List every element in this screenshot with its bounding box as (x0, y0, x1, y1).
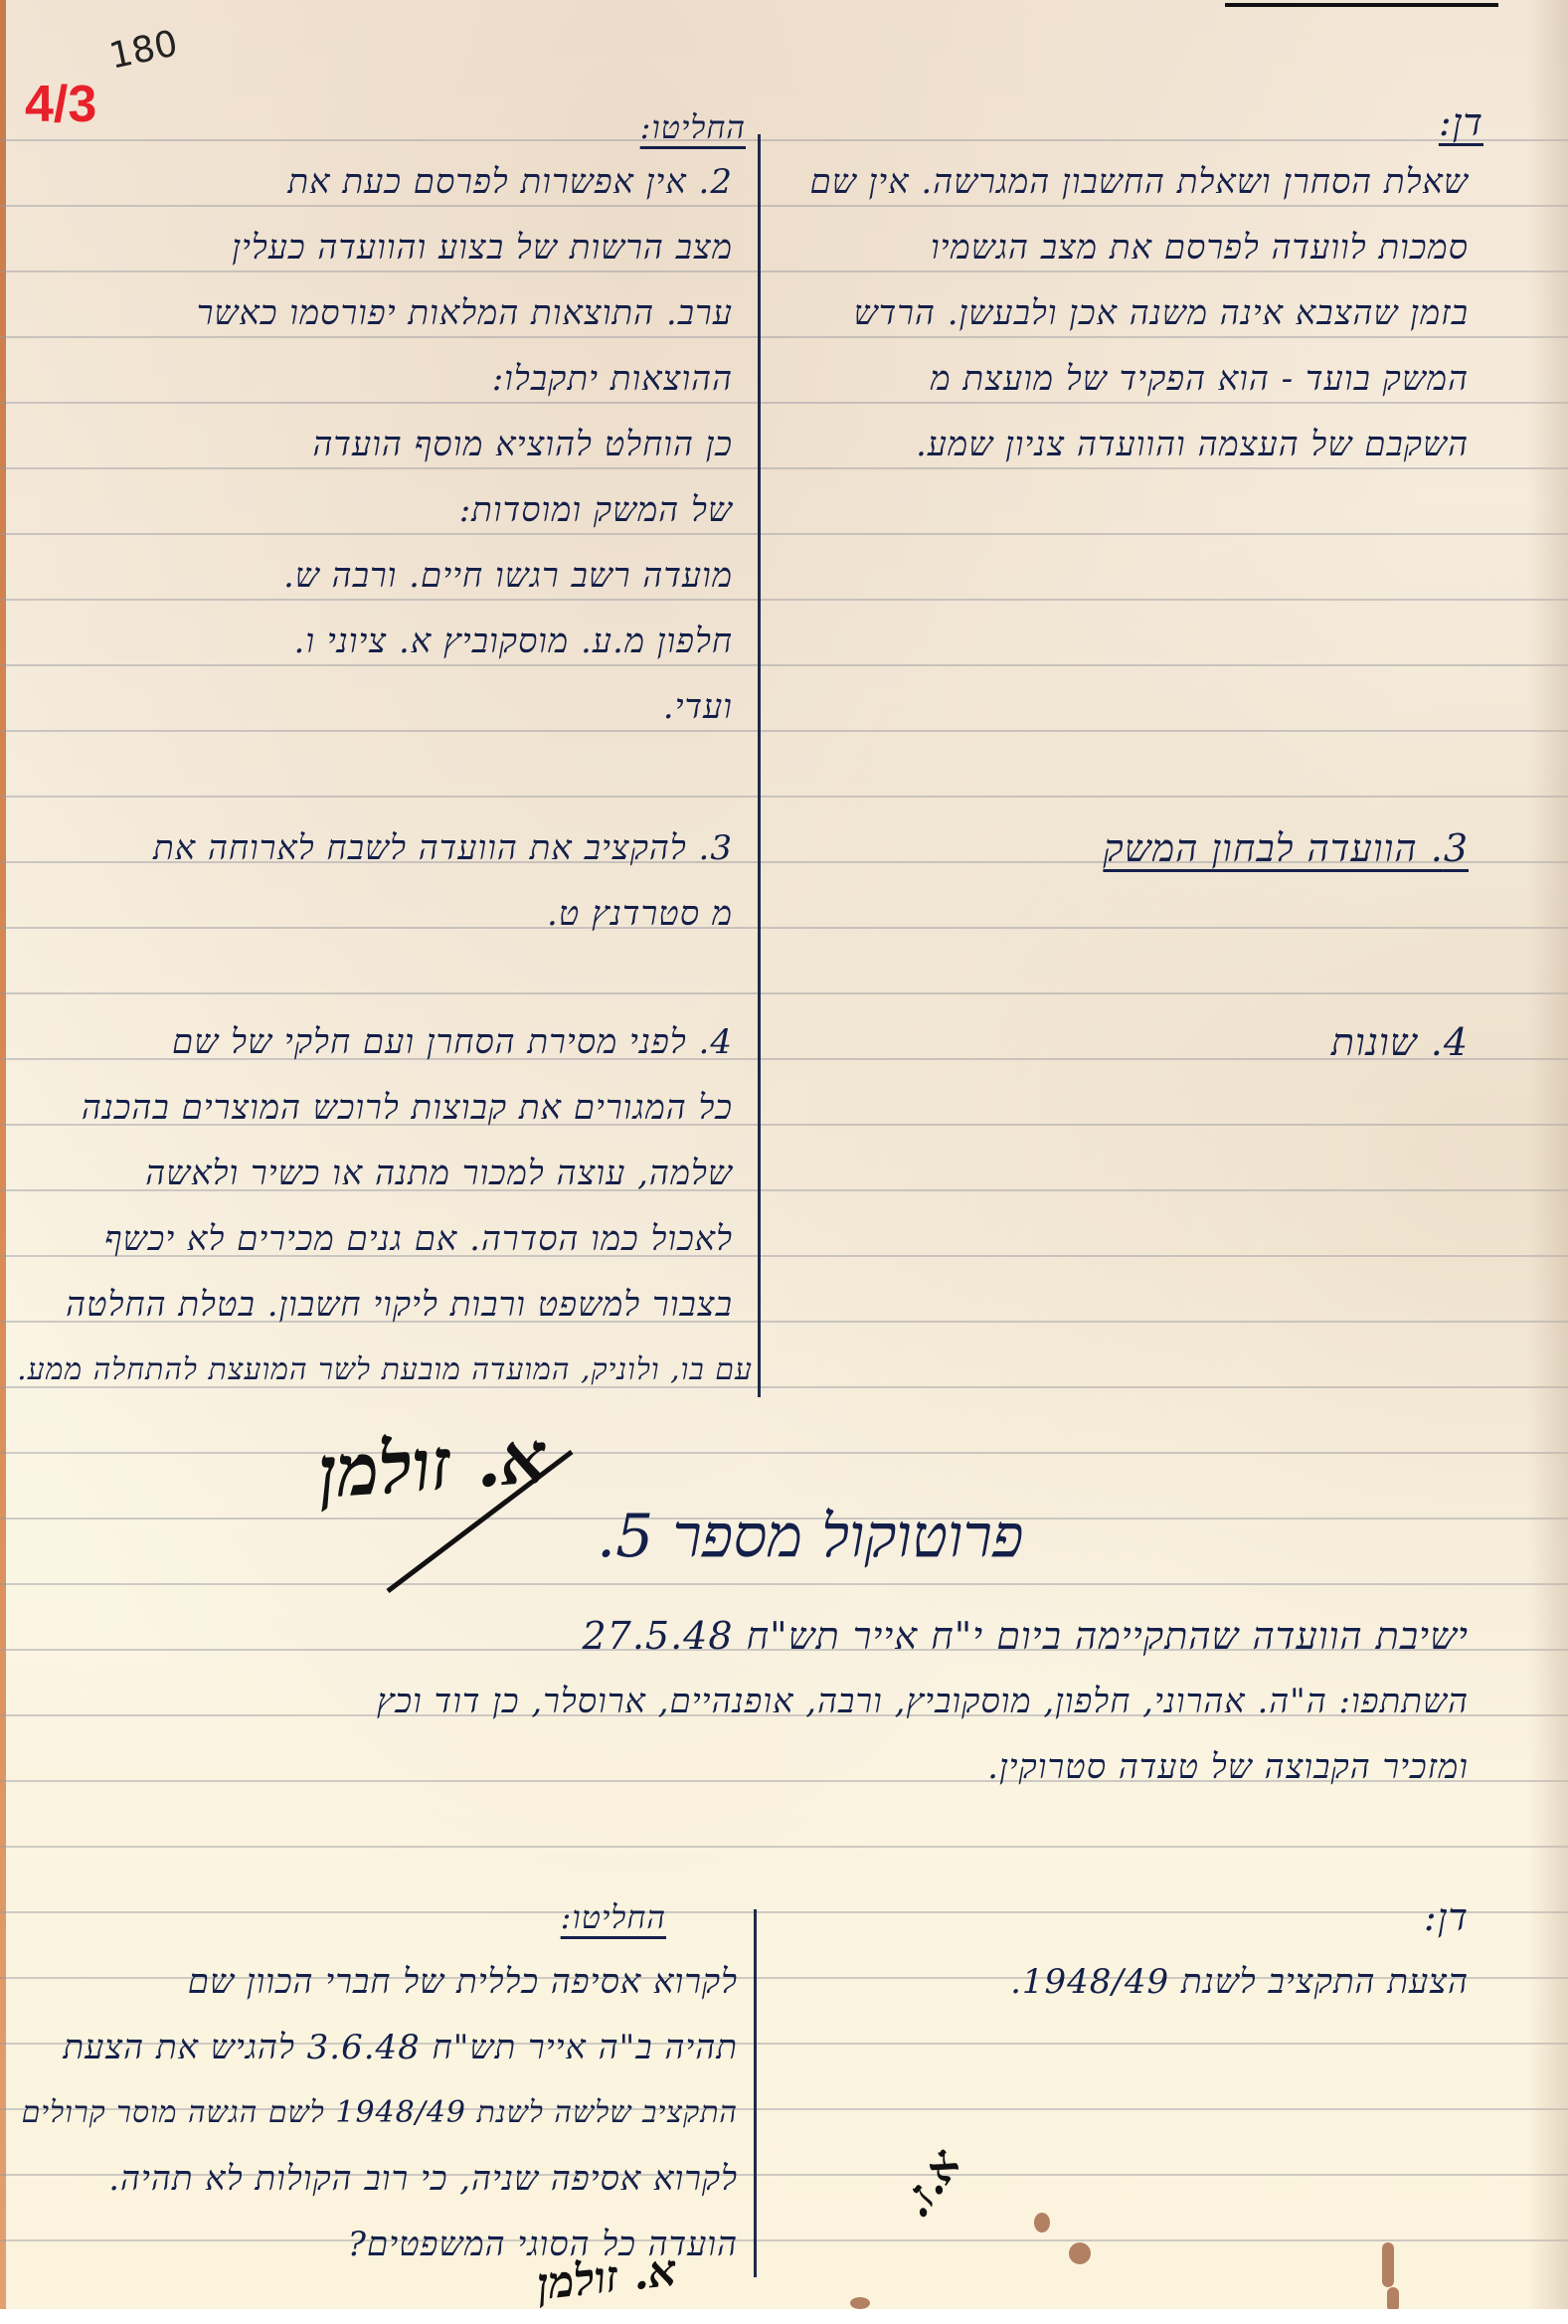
ink-stain (1034, 2213, 1050, 2233)
ink-stain (1069, 2242, 1091, 2264)
ink-stain (1387, 2287, 1399, 2309)
text-line: מצב הרשות של בצוע והוועדה כעלין (57, 215, 733, 280)
ruled-line (0, 1846, 1568, 1848)
text-line: 3. להקציב את הוועדה לשבח לארוחה את (57, 815, 733, 881)
text-line: בצבור למשפט ורבות ליקוי חשבון. בטלת החלט… (57, 1272, 733, 1338)
bottom-right-header: דן: (1319, 1884, 1469, 1950)
right-item-4: 4. שונות (1071, 1009, 1469, 1075)
text-line: מועדה רשב רגשו חיים. ורבה ש. (57, 543, 733, 609)
text-line: מ סטרדנץ ט. (57, 881, 733, 947)
text-line: 2. אין אפשרות לפרסם כעת את (57, 149, 733, 215)
page-number: 180 (105, 23, 181, 77)
text-line: לקרוא אסיפה שניה, כי רוב הקולות לא תהיה. (22, 2146, 738, 2212)
protocol-title: פרוטוקול מספר 5. (597, 1502, 1023, 1571)
text-line: של המשק ומוסדות: (57, 477, 733, 543)
column-divider (754, 1909, 757, 2277)
notebook-page: 4/3 180 דן: שאלת הסחרן ושאלת החשבון המגר… (0, 0, 1568, 2309)
ruled-line (0, 992, 1568, 994)
top-underline (1225, 3, 1498, 7)
text-line: לאכול כמו הסדרה. אם גנים מכירים לא יכשף (57, 1206, 733, 1272)
meeting-line: ישיבת הוועדה שהתקיימה ביום י"ח אייר תש"ח… (275, 1603, 1469, 1669)
text-line: 4. לפני מסירת הסחרן ועם חלקי של שם (57, 1009, 733, 1075)
text-line: לקרוא אסיפה כללית של חברי הכוון שם (22, 1949, 738, 2015)
ruled-line (0, 1452, 1568, 1454)
text-line: התקציב שלשה לשנת 1948/49 לשם הגשה מוסר ק… (22, 2080, 738, 2146)
text-line: בזמן שהצבא אינה משנה אכן ולבעשן. הרדש (753, 280, 1469, 346)
text-line: עם בו, ולוניק, המועדה מובעת לשר המועצת ל… (0, 1338, 753, 1403)
budget-item: הצעת התקציב לשנת 1948/49. (852, 1949, 1469, 2015)
ruled-line (0, 796, 1568, 798)
text-line: המשק בועד - הוא הפקיד של מועצת מ (753, 346, 1469, 412)
secretary-line: ומזכיר הקבוצה של טעדה סטרוקין. (574, 1734, 1469, 1800)
right-column-header: דן: (1314, 89, 1483, 155)
text-line: ערב. התוצאות המלאות יפורסמו כאשר (57, 280, 733, 346)
initials-mark: א.ז. (889, 2140, 971, 2228)
ink-stain (850, 2297, 870, 2309)
page-label: 4/3 (25, 75, 96, 134)
signature-slash-icon (378, 1447, 577, 1596)
text-line: חלפון מ.ע. מוסקוביץ א. ציוני ו. (57, 609, 733, 674)
text-line: ועדי. (57, 674, 733, 740)
text-line: השקבם של העצמה והוועדה צניון שמע. (753, 412, 1469, 477)
text-line: שאלת הסחרן ושאלת החשבון המגרשה. אין שם (753, 149, 1469, 215)
text-line: ההוצאות יתקבלו: (57, 346, 733, 412)
attendees-line: השתתפו: ה"ה. אהרוני, חלפון, מוסקוביץ, ור… (176, 1669, 1469, 1734)
text-line: תהיה ב"ה אייר תש"ח 3.6.48 להגיש את הצעת (22, 2015, 738, 2080)
ink-stain (1382, 2242, 1394, 2287)
text-line: כן הוחלט להוציא מוסף הועדה (57, 412, 733, 477)
text-line: שלמה, עוצה למכור מתנה או כשיר ולאשה (57, 1141, 733, 1206)
text-line: סמכות לוועדה לפרסם את מצב הגשמיו (753, 215, 1469, 280)
text-line: כל המגורים את קבוצות לרוכש המוצרים בהכנה (57, 1075, 733, 1141)
bottom-left-header: החליטו: (467, 1884, 666, 1950)
right-item-3: 3. הוועדה לבחון המשק (971, 815, 1469, 881)
ruled-line (0, 1583, 1568, 1585)
